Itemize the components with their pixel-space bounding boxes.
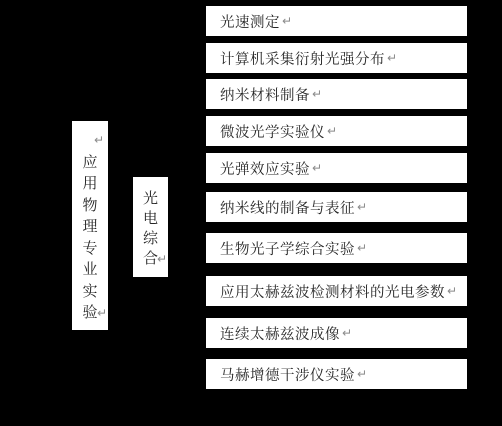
paragraph-return-icon: ↵ [357,368,368,380]
vertical-char-glyph: 专 [82,237,97,258]
paragraph-return-icon: ↵ [312,88,323,100]
vertical-char: 用 [72,172,108,194]
vertical-char-glyph: 光 [143,187,158,208]
experiment-box-4: 微波光学实验仪↵ [206,116,467,146]
vertical-char-glyph: 实 [82,280,97,301]
experiment-label: 光速测定 [220,11,280,32]
experiment-box-9: 连续太赫兹波成像↵ [206,318,467,348]
experiment-label: 纳米材料制备 [220,84,310,105]
paragraph-return-icon: ↵ [94,134,104,146]
experiment-box-8: 应用太赫兹波检测材料的光电参数↵ [206,276,467,306]
vertical-char-glyph: 电 [143,207,158,228]
experiment-label: 生物光子学综合实验 [220,238,355,259]
paragraph-return-icon: ↵ [97,307,107,319]
vertical-char-glyph: 综 [143,227,158,248]
experiment-label: 光弹效应实验 [220,158,310,179]
experiment-box-5: 光弹效应实验↵ [206,153,467,183]
vertical-char: 验↵ [72,301,108,323]
vertical-char-glyph: 用 [82,172,97,193]
paragraph-return-icon: ↵ [282,15,293,27]
experiment-box-3: 纳米材料制备↵ [206,79,467,109]
experiment-label: 计算机采集衍射光强分布 [220,48,385,69]
vertical-char: 专 [72,236,108,258]
vertical-char: 合↵ [133,247,168,267]
paragraph-return-icon: ↵ [447,285,458,297]
vertical-char: 理 [72,215,108,237]
experiment-box-6: 纳米线的制备与表征↵ [206,192,467,222]
root-node-box: ↵应用物理专业实验↵ [72,121,108,330]
paragraph-return-icon: ↵ [357,201,368,213]
paragraph-return-icon: ↵ [357,242,368,254]
vertical-char-glyph: 合 [143,247,158,268]
experiment-label: 应用太赫兹波检测材料的光电参数 [220,281,445,302]
vertical-char-glyph: 物 [82,194,97,215]
paragraph-return-icon: ↵ [387,52,398,64]
experiment-label: 纳米线的制备与表征 [220,197,355,218]
experiment-box-10: 马赫增德干涉仪实验↵ [206,359,467,389]
vertical-char-glyph: 业 [82,258,97,279]
experiment-box-2: 计算机采集衍射光强分布↵ [206,43,467,73]
vertical-char-glyph: 理 [82,215,97,236]
vertical-char: 物 [72,193,108,215]
flowchart-canvas: ↵应用物理专业实验↵ 光电综合↵ 光速测定↵计算机采集衍射光强分布↵纳米材料制备… [0,0,502,426]
experiment-label: 微波光学实验仪 [220,121,325,142]
paragraph-return-icon: ↵ [157,253,167,265]
vertical-char: 业 [72,258,108,280]
vertical-char: 电 [133,207,168,227]
paragraph-return-icon: ↵ [342,327,353,339]
blank-line: ↵ [72,129,108,151]
category-node-box: 光电综合↵ [133,177,168,277]
experiment-label: 连续太赫兹波成像 [220,323,340,344]
experiment-box-1: 光速测定↵ [206,6,467,36]
vertical-char: 综 [133,227,168,247]
vertical-char: 应 [72,150,108,172]
paragraph-return-icon: ↵ [327,125,338,137]
vertical-char: 实 [72,279,108,301]
experiment-box-7: 生物光子学综合实验↵ [206,233,467,263]
vertical-char: 光 [133,187,168,207]
paragraph-return-icon: ↵ [312,162,323,174]
experiment-label: 马赫增德干涉仪实验 [220,364,355,385]
vertical-char-glyph: 验 [82,301,97,322]
vertical-char-glyph: 应 [82,151,97,172]
